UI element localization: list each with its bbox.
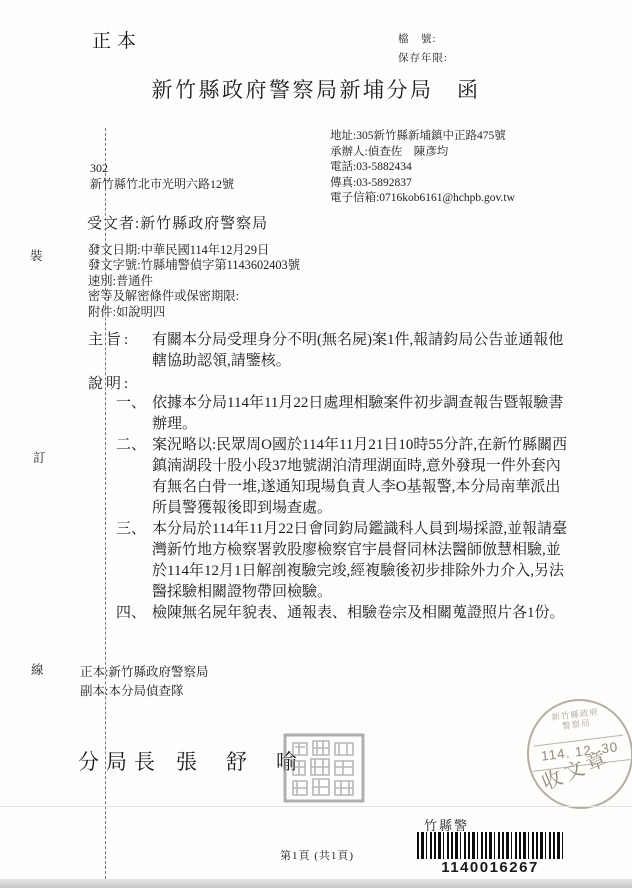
attachment-note: 附件:如說明四 — [88, 305, 300, 320]
binding-mark-zhuang: 裝 — [30, 246, 43, 264]
copy-type-label: 正本 — [92, 26, 142, 53]
description-item-4: 四、 檢陳無名屍年貌表、通報表、相驗卷宗及相關蒐證照片各1份。 — [116, 603, 568, 624]
sender-email: 電子信箱:0716kob6161@hchpb.gov.tw — [330, 191, 515, 207]
description-item-2: 二、 案況略以:民眾周O國於114年11月21日10時55分許,在新竹縣關西鎮湳… — [116, 435, 568, 519]
description-item-1: 一、 依據本分局114年11月22日處理相驗案件初步調查報告暨報驗書辦理。 — [116, 393, 568, 435]
file-number-block: 檔 號: 保存年限: — [398, 30, 448, 68]
security-class: 密等及解密條件或保密期限: — [88, 289, 300, 304]
sender-handler: 承辦人:偵查佐 陳彥均 — [330, 145, 515, 161]
retention-label: 保存年限: — [398, 49, 448, 68]
item-text: 依據本分局114年11月22日處理相驗案件初步調查報告暨報驗書辦理。 — [152, 393, 568, 435]
sender-fax: 傳真:03-5892837 — [330, 176, 515, 192]
issue-date: 發文日期:中華民國114年12月29日 — [88, 243, 300, 258]
description-items: 一、 依據本分局114年11月22日處理相驗案件初步調查報告暨報驗書辦理。 二、… — [116, 393, 568, 624]
item-number: 四、 — [116, 603, 152, 624]
recipient-zip: 302 — [90, 160, 234, 176]
file-number-label: 檔 號: — [398, 30, 448, 49]
item-text: 檢陳無名屍年貌表、通報表、相驗卷宗及相關蒐證照片各1份。 — [152, 603, 568, 624]
sender-address: 地址:305新竹縣新埔鎮中正路475號 — [330, 129, 515, 145]
barcode-number: 1140016267 — [417, 859, 563, 876]
signature-line: 分局長 張 舒 喻 — [78, 746, 301, 776]
binding-mark-ding: 訂 — [33, 448, 46, 466]
official-letter-page: 正本 檔 號: 保存年限: 新竹縣政府警察局新埔分局 函 地址:305新竹縣新埔… — [0, 0, 632, 888]
distribution-original: 正本:新竹縣政府警察局 — [80, 663, 208, 682]
distribution-copy: 副本:本分局偵查隊 — [80, 682, 208, 701]
recipient-line: 受文者:新竹縣政府警察局 — [87, 212, 268, 233]
page-number: 第1頁 (共1頁) — [280, 847, 354, 863]
doc-number: 發文字號:竹縣埔警偵字第1143602403號 — [88, 258, 300, 273]
item-number: 三、 — [116, 519, 152, 540]
document-title: 新竹縣政府警察局新埔分局 函 — [0, 74, 632, 104]
binding-dashed-line — [105, 128, 106, 884]
sender-phone: 電話:03-5882434 — [330, 160, 515, 176]
recipient-street: 新竹縣竹北市光明六路12號 — [90, 176, 234, 192]
subject-row: 主旨: 有關本分局受理身分不明(無名屍)案1件,報請鈞局公告並通報他轄協助認領,… — [88, 330, 570, 372]
signer-title: 分局長 — [78, 746, 162, 776]
item-number: 二、 — [116, 435, 152, 456]
item-text: 本分局於114年11月22日會同鈞局鑑識科人員到場採證,並報請臺灣新竹地方檢察署… — [152, 519, 568, 603]
speed-class: 速別:普通件 — [88, 274, 300, 289]
description-item-3: 三、 本分局於114年11月22日會同鈞局鑑識科人員到場採證,並報請臺灣新竹地方… — [116, 519, 568, 603]
scan-artifact-rule — [0, 806, 632, 807]
received-date-stamp: 新竹縣政府 警察局 114. 12. 30 收文章 — [521, 693, 632, 815]
barcode — [417, 832, 563, 859]
scan-bottom-edge — [0, 879, 632, 888]
description-label: 說明: — [88, 372, 131, 393]
binding-mark-xian: 線 — [31, 660, 44, 678]
director-square-seal-icon — [283, 733, 365, 803]
item-number: 一、 — [116, 393, 152, 414]
document-meta-block: 發文日期:中華民國114年12月29日 發文字號:竹縣埔警偵字第11436024… — [88, 243, 300, 320]
stamp-agency-text: 新竹縣政府 警察局 — [524, 704, 628, 735]
item-text: 案況略以:民眾周O國於114年11月21日10時55分許,在新竹縣關西鎮湳湖段十… — [152, 435, 568, 519]
subject-label: 主旨: — [88, 330, 152, 351]
subject-text: 有關本分局受理身分不明(無名屍)案1件,報請鈞局公告並通報他轄協助認領,請鑒核。 — [152, 330, 570, 372]
distribution-block: 正本:新竹縣政府警察局 副本:本分局偵查隊 — [80, 663, 208, 701]
recipient-postal-block: 302 新竹縣竹北市光明六路12號 — [90, 160, 234, 192]
sender-contact-block: 地址:305新竹縣新埔鎮中正路475號 承辦人:偵查佐 陳彥均 電話:03-58… — [330, 129, 515, 207]
